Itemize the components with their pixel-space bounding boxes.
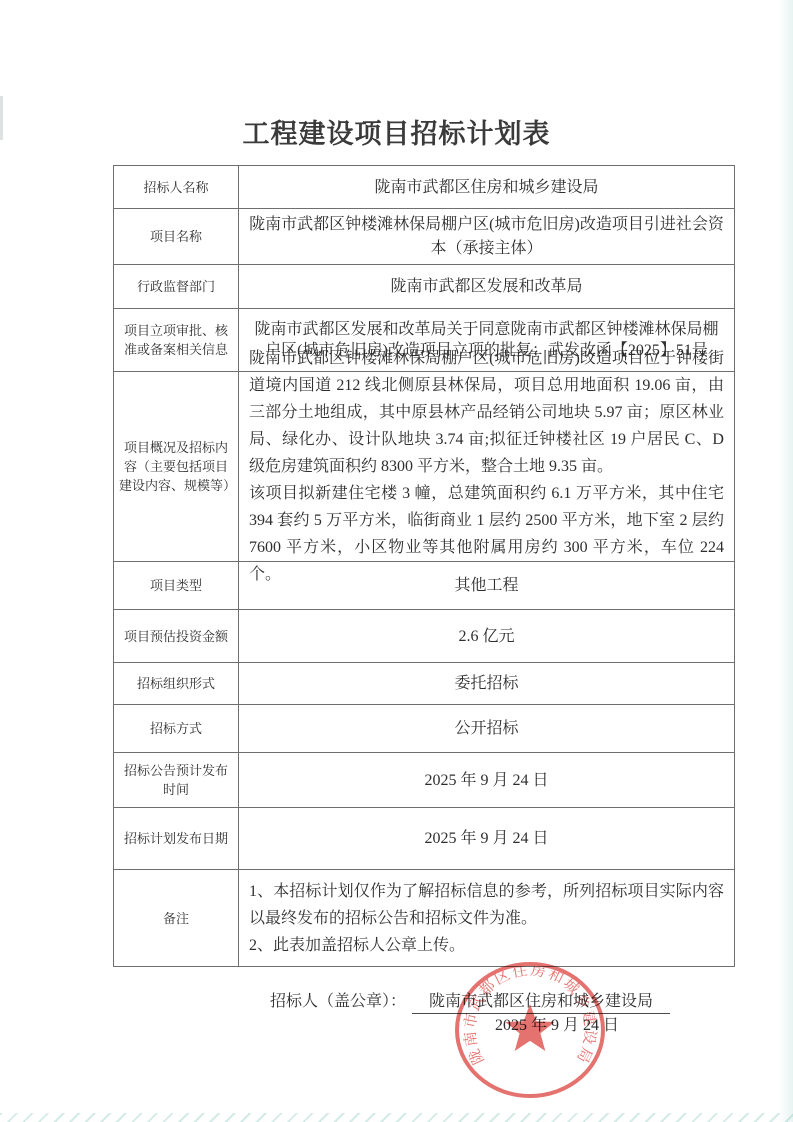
row-label: 项目名称 xyxy=(114,209,239,264)
row-label: 行政监督部门 xyxy=(114,265,239,308)
row-value-text: 委托招标 xyxy=(454,673,518,694)
row-label: 招标组织形式 xyxy=(114,663,239,704)
row-value-text: 2025 年 9 月 24 日 xyxy=(424,828,548,849)
row-value: 陇南市武都区钟楼滩林保局棚户区(城市危旧房)改造项目位于钟楼街道境内国道 212… xyxy=(239,372,734,561)
table-row: 招标计划发布日期 2025 年 9 月 24 日 xyxy=(114,807,734,869)
official-seal: 陇南市武都区住房和城乡建设局 xyxy=(450,958,610,1106)
row-value: 2.6 亿元 xyxy=(239,610,734,662)
row-label: 招标人名称 xyxy=(114,166,239,208)
row-value: 1、本招标计划仅作为了解招标信息的参考，所列招标项目实际内容以最终发布的招标公告… xyxy=(239,870,734,966)
table-row: 招标人名称 陇南市武都区住房和城乡建设局 xyxy=(114,166,734,208)
right-scan-artifact xyxy=(779,0,793,1122)
row-label: 备注 xyxy=(114,870,239,966)
page-title: 工程建设项目招标计划表 xyxy=(0,112,793,151)
row-label: 项目类型 xyxy=(114,562,239,609)
row-label: 招标公告预计发布时间 xyxy=(114,753,239,807)
star-icon xyxy=(505,1004,554,1051)
row-value: 其他工程 xyxy=(239,562,734,609)
table-row: 项目名称 陇南市武都区钟楼滩林保局棚户区(城市危旧房)改造项目引进社会资本（承接… xyxy=(114,208,734,264)
row-value-text: 陇南市武都区发展和改革局 xyxy=(390,276,582,297)
row-label: 项目概况及招标内容（主要包括项目建设内容、规模等） xyxy=(114,372,239,561)
row-value-text: 陇南市武都区钟楼滩林保局棚户区(城市危旧房)改造项目引进社会资本（承接主体） xyxy=(249,213,724,261)
table-row: 备注 1、本招标计划仅作为了解招标信息的参考，所列招标项目实际内容以最终发布的招… xyxy=(114,869,734,966)
row-label: 招标计划发布日期 xyxy=(114,808,239,869)
left-scan-artifact xyxy=(0,96,3,140)
row-label: 项目立项审批、核准或备案相关信息 xyxy=(114,309,239,371)
tender-plan-table: 招标人名称 陇南市武都区住房和城乡建设局 项目名称 陇南市武都区钟楼滩林保局棚户… xyxy=(113,165,735,967)
row-value: 2025 年 9 月 24 日 xyxy=(239,808,734,869)
row-value-text: 其他工程 xyxy=(454,575,518,596)
row-value-text: 1、本招标计划仅作为了解招标信息的参考，所列招标项目实际内容以最终发布的招标公告… xyxy=(249,878,724,959)
table-row: 招标公告预计发布时间 2025 年 9 月 24 日 xyxy=(114,752,734,807)
row-value: 委托招标 xyxy=(239,663,734,704)
row-value-text: 2025 年 9 月 24 日 xyxy=(424,770,548,791)
row-value: 陇南市武都区住房和城乡建设局 xyxy=(239,166,734,208)
signature-label: 招标人（盖公章）： xyxy=(270,993,406,1010)
table-row: 项目类型 其他工程 xyxy=(114,561,734,609)
row-value-text: 陇南市武都区钟楼滩林保局棚户区(城市危旧房)改造项目位于钟楼街道境内国道 212… xyxy=(249,345,724,588)
row-value: 2025 年 9 月 24 日 xyxy=(239,753,734,807)
row-value-text: 公开招标 xyxy=(454,718,518,739)
table-row: 项目预估投资金额 2.6 亿元 xyxy=(114,609,734,662)
table-row: 招标组织形式 委托招标 xyxy=(114,662,734,704)
row-value-text: 2.6 亿元 xyxy=(458,626,514,647)
bottom-scan-artifact xyxy=(0,1113,793,1122)
row-value: 公开招标 xyxy=(239,705,734,752)
row-label: 招标方式 xyxy=(114,705,239,752)
table-row: 项目概况及招标内容（主要包括项目建设内容、规模等） 陇南市武都区钟楼滩林保局棚户… xyxy=(114,371,734,561)
row-label: 项目预估投资金额 xyxy=(114,610,239,662)
row-value: 陇南市武都区发展和改革局 xyxy=(239,265,734,308)
row-value: 陇南市武都区钟楼滩林保局棚户区(城市危旧房)改造项目引进社会资本（承接主体） xyxy=(239,209,734,264)
table-row: 行政监督部门 陇南市武都区发展和改革局 xyxy=(114,264,734,308)
row-value-text: 陇南市武都区住房和城乡建设局 xyxy=(374,177,598,198)
scanned-document-page: { "title": "工程建设项目招标计划表", "table": { "ro… xyxy=(0,0,793,1122)
table-row: 招标方式 公开招标 xyxy=(114,704,734,752)
